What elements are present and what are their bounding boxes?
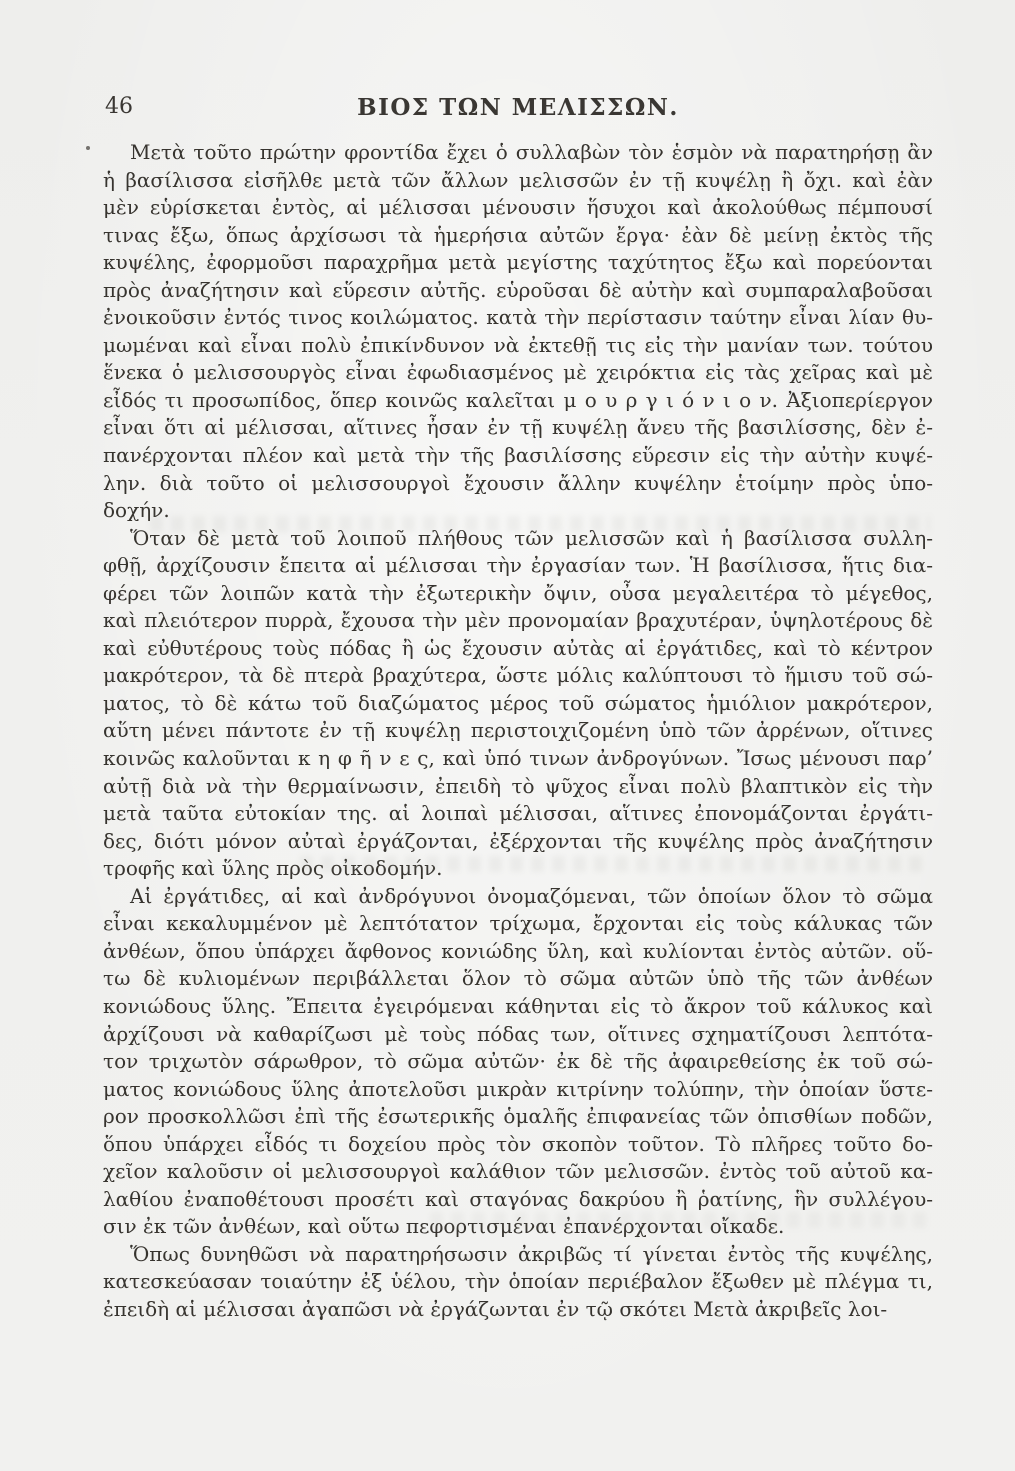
text-line: ματος, τὸ δὲ κάτω τοῦ διαζώματος μέρος τ… [103, 690, 933, 718]
text-line: φέρει τῶν λοιπῶν κατὰ τὴν ἐξωτερικὴν ὄψι… [103, 580, 933, 608]
text-line: ἡ βασίλισσα εἰσῆλθε μετὰ τῶν ἄλλων μελισ… [103, 167, 933, 195]
text-line: αὐτῇ διὰ νὰ τὴν θερμαίνωσιν, ἐπειδὴ τὸ ψ… [103, 773, 933, 801]
text-line: καὶ πλειότερον πυρρὰ, ἔχουσα τὴν μὲν προ… [103, 607, 933, 635]
text-line: Ὅπως δυνηθῶσι νὰ παρατηρήσωσιν ἀκριβῶς τ… [103, 1241, 933, 1269]
text-line: μωμέναι καὶ εἶναι πολὺ ἐπικίνδυνον νὰ ἐκ… [103, 332, 933, 360]
text-line: εἶναι ὅτι αἱ μέλισσαι, αἵτινες ἦσαν ἐν τ… [103, 414, 933, 442]
text-line: φθῇ, ἀρχίζουσιν ἔπειτα αἱ μέλισσαι τὴν ἐ… [103, 552, 933, 580]
text-line: σιν ἐκ τῶν ἀνθέων, καὶ οὕτω πεφορτισμένα… [103, 1213, 933, 1241]
text-line: τροφῆς καὶ ὕλης πρὸς οἰκοδομήν. [103, 855, 933, 883]
text-line: πανέρχονται πλέον καὶ μετὰ τὴν τῆς βασιλ… [103, 442, 933, 470]
ink-speck [86, 146, 90, 150]
text-line: ἕνεκα ὁ μελισσουργὸς εἶναι ἐφωδιασμένος … [103, 359, 933, 387]
text-line: Αἱ ἐργάτιδες, αἱ καὶ ἀνδρόγυνοι ὀνομαζόμ… [103, 883, 933, 911]
text-line: ἀνθέων, ὅπου ὑπάρχει ἄφθονος κονιώδης ὕλ… [103, 938, 933, 966]
text-line: πρὸς ἀναζήτησιν καὶ εὕρεσιν αὐτῆς. εὑροῦ… [103, 277, 933, 305]
text-line: δες, διότι μόνον αὐταὶ ἐργάζονται, ἐξέρχ… [103, 828, 933, 856]
text-line: λαθίου ἐναποθέτουσι προσέτι καὶ σταγόνας… [103, 1186, 933, 1214]
text-line: τον τριχωτὸν σάρωθρον, τὸ σῶμα αὐτῶν· ἐκ… [103, 1048, 933, 1076]
text-line: μακρότερον, τὰ δὲ πτερὰ βραχύτερα, ὥστε … [103, 662, 933, 690]
text-line: τινας ἔξω, ὅπως ἀρχίσωσι τὰ ἡμερήσια αὐτ… [103, 222, 933, 250]
text-line: αὕτη μένει πάντοτε ἐν τῇ κυψέλῃ περιστοι… [103, 717, 933, 745]
page-header: 46 ΒΙΟΣ ΤΩΝ ΜΕΛΙΣΣΩΝ. [103, 94, 933, 124]
text-line: κονιώδους ὕλης. Ἔπειτα ἐγειρόμεναι κάθην… [103, 993, 933, 1021]
text-line: καὶ εὐθυτέρους τοὺς πόδας ἢ ὡς ἔχουσιν α… [103, 635, 933, 663]
running-title: ΒΙΟΣ ΤΩΝ ΜΕΛΙΣΣΩΝ. [103, 94, 933, 121]
text-line: ματος κονιώδους ὕλης ἀποτελοῦσι μικρὰν κ… [103, 1076, 933, 1104]
body-text: Μετὰ τοῦτο πρώτην φροντίδα ἔχει ὁ συλλαβ… [103, 139, 933, 1324]
text-line: κοινῶς καλοῦνται κ η φ ῆ ν ε ς, καὶ ὑπό … [103, 745, 933, 773]
text-line: δοχήν. [103, 497, 933, 525]
text-line: χεῖον καλοῦσιν οἱ μελισσουργοὶ καλάθιον … [103, 1158, 933, 1186]
text-line: κυψέλης, ἐφορμοῦσι παραχρῆμα μετὰ μεγίστ… [103, 249, 933, 277]
text-line: λην. διὰ τοῦτο οἱ μελισσουργοὶ ἔχουσιν ἄ… [103, 470, 933, 498]
text-line: μετὰ ταῦτα εὐτοκίαν της. αἱ λοιπαὶ μέλισ… [103, 800, 933, 828]
text-line: κατεσκεύασαν τοιαύτην ἐξ ὑέλου, τὴν ὁποί… [103, 1268, 933, 1296]
text-line: ρον προσκολλῶσι ἐπὶ τῆς ἐσωτερικῆς ὁμαλῆ… [103, 1103, 933, 1131]
text-line: εἶδός τι προσωπίδος, ὅπερ κοινῶς καλεῖτα… [103, 387, 933, 415]
text-line: ὅπου ὑπάρχει εἶδός τι δοχείου πρὸς τὸν σ… [103, 1131, 933, 1159]
book-page: 46 ΒΙΟΣ ΤΩΝ ΜΕΛΙΣΣΩΝ. Μετὰ τοῦτο πρώτην … [0, 0, 1015, 1471]
text-line: Ὅταν δὲ μετὰ τοῦ λοιποῦ πλήθους τῶν μελι… [103, 525, 933, 553]
text-line: μὲν εὑρίσκεται ἐντὸς, αἱ μέλισσαι μένουσ… [103, 194, 933, 222]
text-line: τω δὲ κυλιομένων περιβάλλεται ὅλον τὸ σῶ… [103, 965, 933, 993]
text-line: ἐνοικοῦσιν ἐντός τινος κοιλώματος. κατὰ … [103, 304, 933, 332]
text-line: Μετὰ τοῦτο πρώτην φροντίδα ἔχει ὁ συλλαβ… [103, 139, 933, 167]
text-line: ἐπειδὴ αἱ μέλισσαι ἀγαπῶσι νὰ ἐργάζωνται… [103, 1296, 933, 1324]
text-line: εἶναι κεκαλυμμένον μὲ λεπτότατον τρίχωμα… [103, 910, 933, 938]
text-line: ἀρχίζουσι νὰ καθαρίζωσι μὲ τοὺς πόδας τω… [103, 1021, 933, 1049]
